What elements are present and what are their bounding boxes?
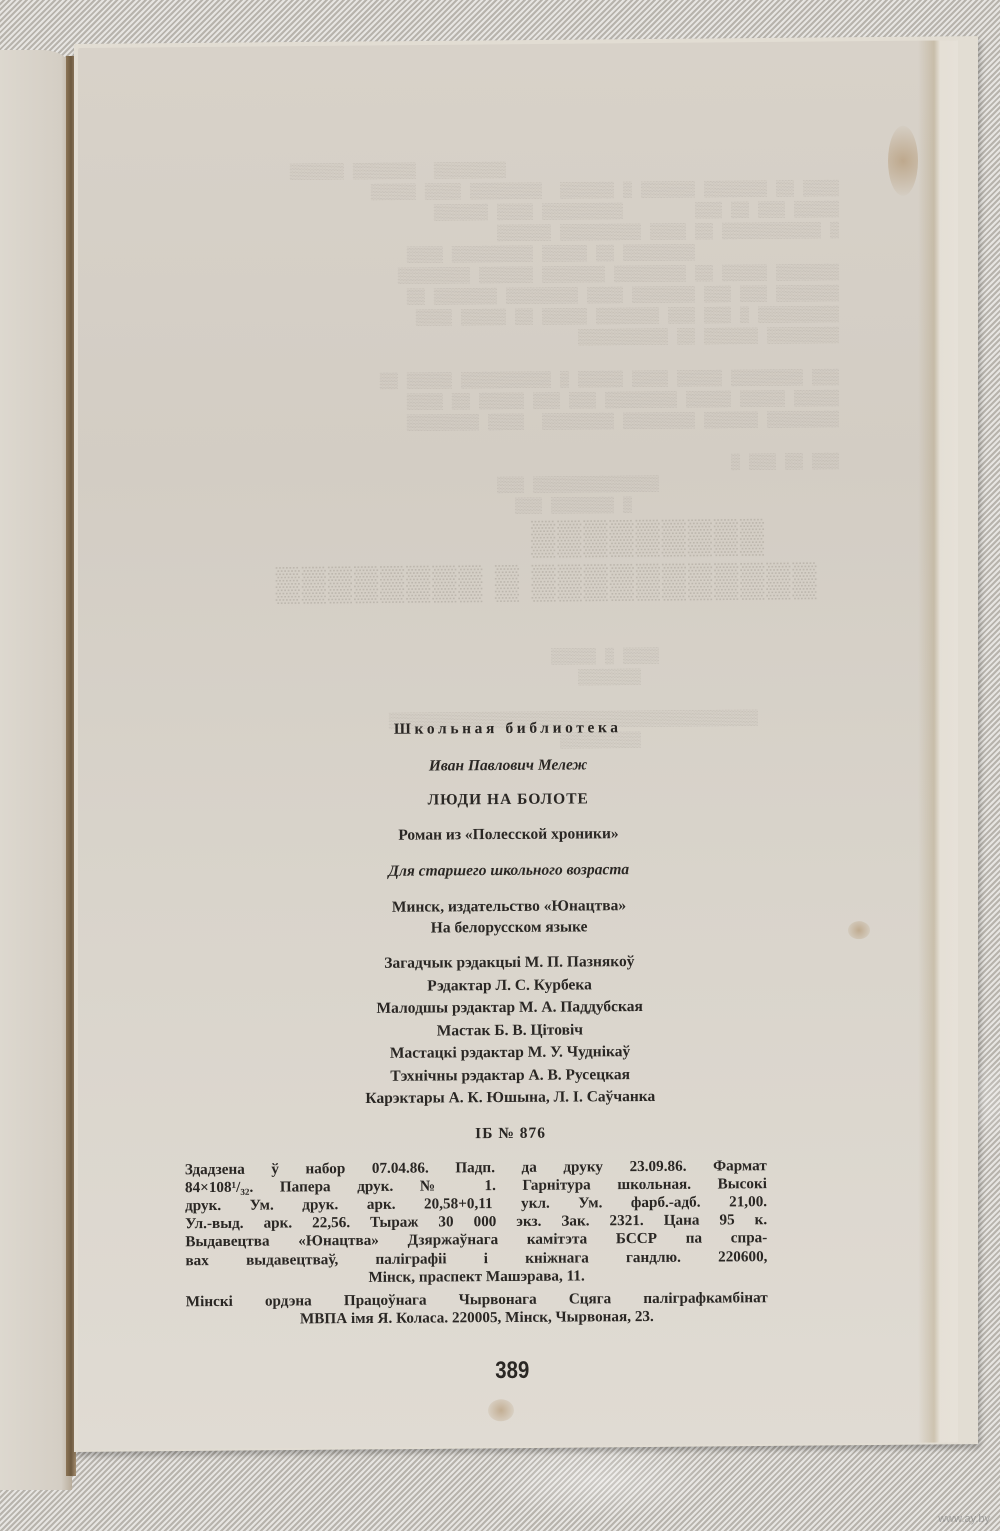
credits-list: Загадчык рэдакцыі М. П. Пазнякоў Рэдакта…	[179, 950, 840, 1112]
book-title: ЛЮДИ НА БОЛОТЕ	[178, 787, 838, 813]
show-through-ghost-text: ▒▒▒▒▒▒▒▒ ▒▒▒▒▒▒▒ ▒▒▒▒▒▒ ▒▒▒▒ ▒▒ ▒▒▒▒▒▒▒ …	[178, 136, 848, 752]
page-stain	[488, 1399, 514, 1421]
book-subtitle: Роман из «Полесской хроники»	[178, 822, 838, 848]
page-stain	[888, 126, 918, 196]
page-stain	[848, 921, 870, 939]
page-number: 389	[232, 1355, 793, 1387]
audience-note: Для старшего школьного возраста	[179, 858, 839, 884]
imprint-block: Здадзена ў набор 07.04.86. Падп. да друк…	[185, 1157, 768, 1330]
series-name: Школьная библиотека	[178, 716, 838, 742]
ib-number: ІБ № 876	[181, 1120, 841, 1146]
author-name: Иван Павлович Мележ	[178, 753, 838, 779]
site-watermark: www.ay.by	[938, 1513, 990, 1525]
credit-line: Карэктары А. К. Юшына, Л. І. Саўчанка	[180, 1085, 840, 1112]
language-line: На белорусском языке	[179, 915, 839, 941]
colophon: Школьная библиотека Иван Павлович Мележ …	[158, 716, 843, 1388]
page-edge-stain	[918, 40, 958, 1442]
left-page-edge	[0, 50, 72, 1490]
